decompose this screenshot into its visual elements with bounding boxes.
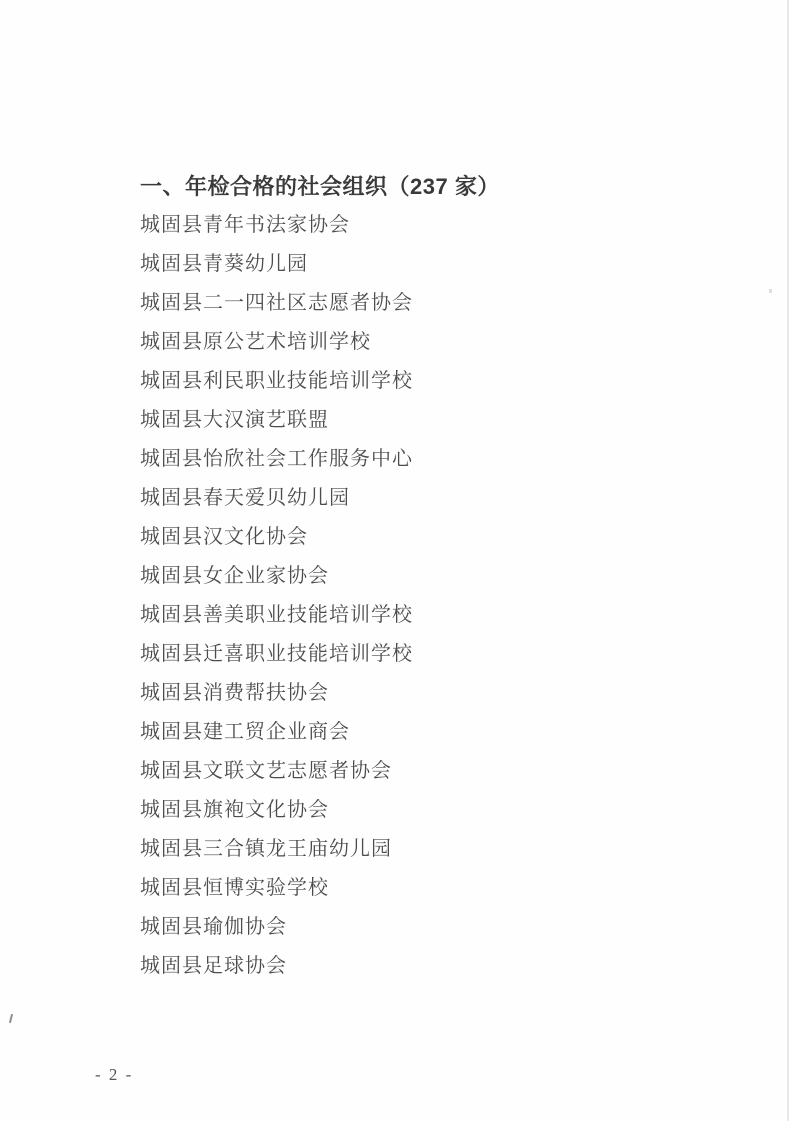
organization-list-item: 城固县足球协会 [140,947,413,986]
organization-list-item: 城固县恒博实验学校 [140,869,413,908]
scan-artifact-mark [9,1014,13,1023]
scan-artifact-speck [769,289,772,293]
organization-list-item: 城固县利民职业技能培训学校 [140,362,413,401]
organization-list-item: 城固县消费帮扶协会 [140,674,413,713]
organization-list-item: 城固县春天爱贝幼儿园 [140,479,413,518]
scanned-document-page: 一、年检合格的社会组织（237 家） 城固县青年书法家协会 城固县青葵幼儿园 城… [0,0,793,1121]
organization-list-item: 城固县旗袍文化协会 [140,791,413,830]
organization-list-item: 城固县文联文艺志愿者协会 [140,752,413,791]
organization-list-item: 城固县女企业家协会 [140,557,413,596]
organization-list-item: 城固县三合镇龙王庙幼儿园 [140,830,413,869]
organization-list: 城固县青年书法家协会 城固县青葵幼儿园 城固县二一四社区志愿者协会 城固县原公艺… [140,206,413,986]
organization-list-item: 城固县青葵幼儿园 [140,245,413,284]
organization-list-item: 城固县怡欣社会工作服务中心 [140,440,413,479]
organization-list-item: 城固县善美职业技能培训学校 [140,596,413,635]
organization-list-item: 城固县建工贸企业商会 [140,713,413,752]
organization-list-item: 城固县瑜伽协会 [140,908,413,947]
organization-list-item: 城固县青年书法家协会 [140,206,413,245]
organization-list-item: 城固县迁喜职业技能培训学校 [140,635,413,674]
page-number: - 2 - [95,1065,133,1085]
section-heading: 一、年检合格的社会组织（237 家） [140,170,500,201]
organization-list-item: 城固县大汉演艺联盟 [140,401,413,440]
organization-list-item: 城固县汉文化协会 [140,518,413,557]
organization-list-item: 城固县原公艺术培训学校 [140,323,413,362]
scan-edge-line [787,0,789,1121]
organization-list-item: 城固县二一四社区志愿者协会 [140,284,413,323]
